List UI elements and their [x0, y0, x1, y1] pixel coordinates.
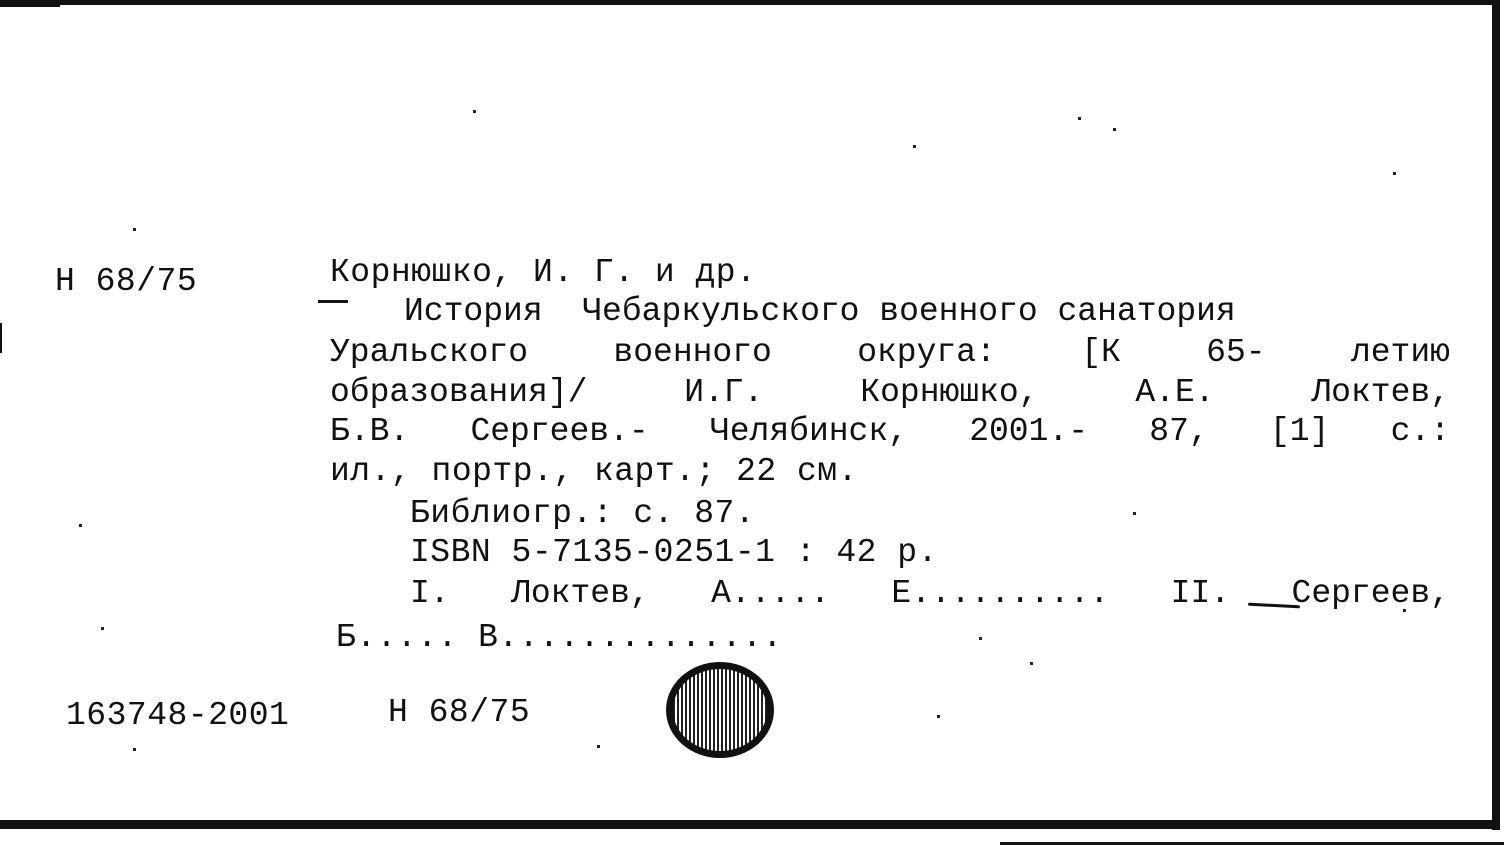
word: Корнюшко, [860, 373, 1038, 413]
title-line-1-text: История Чебаркульского военного санатори… [404, 292, 1236, 332]
card-right-edge [1492, 0, 1500, 830]
scan-speck [133, 748, 136, 751]
scan-speck [597, 745, 600, 748]
word: А.Е. [1135, 373, 1214, 413]
word: 2001.- [969, 412, 1088, 452]
word: Сергеев, [1292, 574, 1450, 614]
card-bottom-edge [0, 820, 1496, 829]
word: Локтев, [1311, 373, 1450, 413]
pencil-dash-mark [318, 300, 348, 303]
word: Уральского [330, 333, 528, 373]
scan-speck [913, 145, 916, 148]
punch-hole-stamp [666, 662, 774, 758]
word: образования]/ [330, 373, 587, 413]
scan-speck [1133, 512, 1136, 515]
word: округа: [857, 333, 996, 373]
word: Локтев, [511, 574, 650, 614]
scan-speck [473, 110, 476, 113]
word: II. [1171, 574, 1230, 614]
bibliography-note: Библиогр.: с. 87. [410, 494, 755, 534]
scan-speck [1393, 172, 1396, 175]
inventory-number: 163748-2001 [66, 696, 289, 736]
word: Челябинск, [710, 412, 908, 452]
scan-speck [79, 524, 82, 527]
added-entries-line-2: Б..... В.............. [336, 618, 783, 658]
word: 87, [1149, 412, 1208, 452]
scan-speck [101, 627, 104, 630]
word: I. [410, 574, 450, 614]
inventory-shelf-mark: Н 68/75 [388, 693, 530, 733]
isbn-note: ISBN 5-7135-0251-1 : 42 р. [410, 533, 938, 573]
card-top-edge [0, 0, 1500, 5]
scan-speck [133, 228, 136, 231]
word: [1] [1270, 412, 1329, 452]
title-line-3: образования]/ И.Г. Корнюшко, А.Е. Локтев… [330, 373, 1450, 413]
word: с.: [1391, 412, 1450, 452]
word: 65- [1206, 333, 1265, 373]
physical-description: ил., портр., карт.; 22 см. [330, 452, 858, 492]
card-left-mark [0, 323, 2, 353]
card-top-edge-shadow [0, 4, 60, 7]
shelf-mark: Н 68/75 [55, 262, 197, 302]
word: Б.В. [330, 412, 409, 452]
title-line-2: Уральского военного округа: [К 65- летию [330, 333, 1450, 373]
word: А..... [711, 574, 830, 614]
word: И.Г. [684, 373, 763, 413]
scan-speck [1030, 662, 1033, 665]
title-line-4: Б.В. Сергеев.- Челябинск, 2001.- 87, [1]… [330, 412, 1450, 452]
scan-speck [979, 637, 982, 640]
scan-speck [1113, 128, 1116, 131]
word: военного [613, 333, 771, 373]
word: Сергеев.- [470, 412, 648, 452]
word: Е.......... [891, 574, 1109, 614]
catalog-card: Н 68/75 Корнюшко, И. Г. и др. История Че… [0, 0, 1504, 846]
word: летию [1351, 333, 1450, 373]
title-line-1: История Чебаркульского военного санатори… [404, 292, 1450, 332]
scan-speck [1078, 117, 1081, 120]
card-bottom-shadow [1000, 842, 1504, 845]
word: [К [1081, 333, 1121, 373]
scan-speck [937, 715, 940, 718]
author-heading: Корнюшко, И. Г. и др. [330, 253, 756, 293]
